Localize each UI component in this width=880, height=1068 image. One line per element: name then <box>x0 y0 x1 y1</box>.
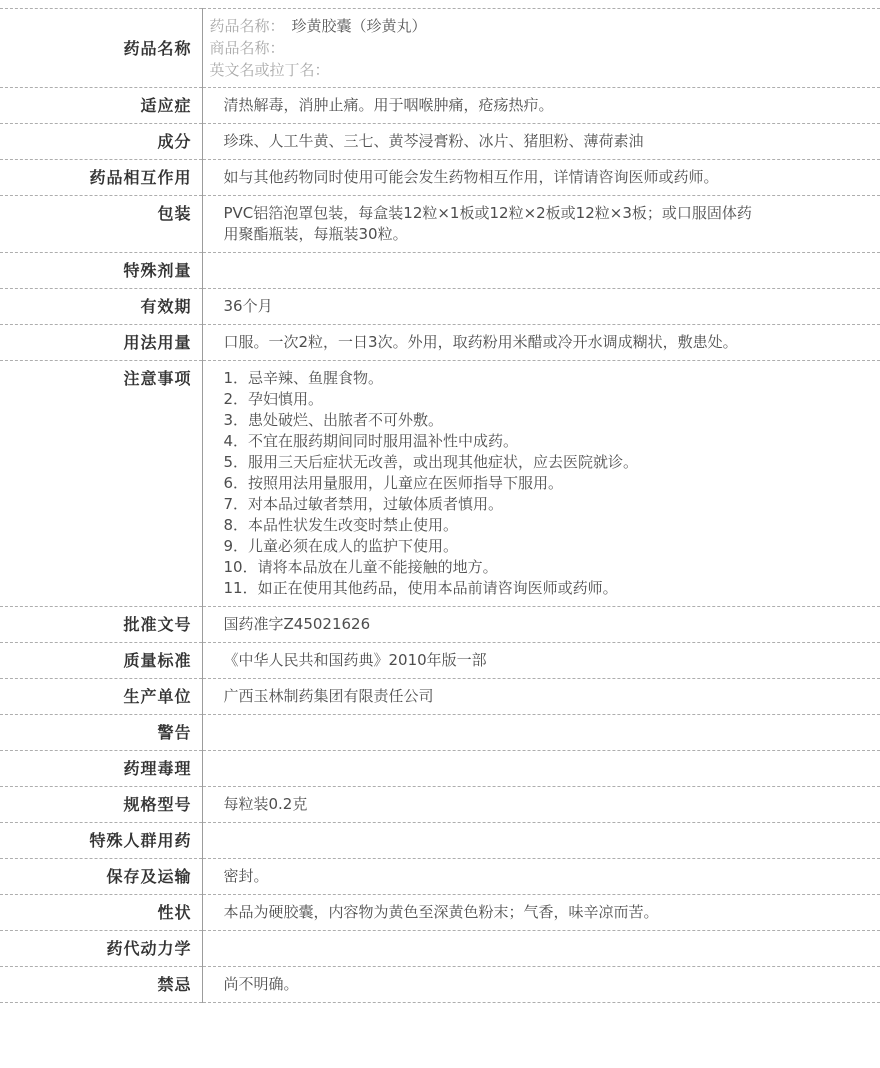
name-line-prefix: 药品名称： <box>210 17 285 35</box>
table-row: 批准文号国药准字Z45021626 <box>0 607 880 643</box>
row-value <box>202 715 880 751</box>
row-value <box>202 931 880 967</box>
table-row: 保存及运输密封。 <box>0 859 880 895</box>
row-value: 口服。一次2粒，一日3次。外用，取药粉用米醋或冷开水调成糊状，敷患处。 <box>202 325 880 361</box>
row-label: 药代动力学 <box>0 931 202 967</box>
row-value: 1．忌辛辣、鱼腥食物。2．孕妇慎用。3．患处破烂、出脓者不可外敷。4．不宜在服药… <box>202 361 880 607</box>
table-row: 规格型号每粒装0.2克 <box>0 787 880 823</box>
name-line: 英文名或拉丁名： <box>210 59 867 81</box>
row-value: 国药准字Z45021626 <box>202 607 880 643</box>
table-row: 药品相互作用如与其他药物同时使用可能会发生药物相互作用，详情请咨询医师或药师。 <box>0 160 880 196</box>
row-value <box>202 823 880 859</box>
name-line-value: 珍黄胶囊（珍黄丸） <box>292 17 427 35</box>
row-value: 每粒装0.2克 <box>202 787 880 823</box>
row-value: 本品为硬胶囊，内容物为黄色至深黄色粉末；气香，味辛凉而苦。 <box>202 895 880 931</box>
table-row: 用法用量口服。一次2粒，一日3次。外用，取药粉用米醋或冷开水调成糊状，敷患处。 <box>0 325 880 361</box>
row-value: 药品名称：珍黄胶囊（珍黄丸）商品名称：英文名或拉丁名： <box>202 9 880 88</box>
row-label: 用法用量 <box>0 325 202 361</box>
row-value: 尚不明确。 <box>202 967 880 1003</box>
drug-info-page: 药品名称药品名称：珍黄胶囊（珍黄丸）商品名称：英文名或拉丁名：适应症清热解毒，消… <box>0 8 880 1068</box>
row-value: 珍珠、人工牛黄、三七、黄芩浸膏粉、冰片、猪胆粉、薄荷素油 <box>202 124 880 160</box>
row-label: 注意事项 <box>0 361 202 607</box>
table-row: 性状本品为硬胶囊，内容物为黄色至深黄色粉末；气香，味辛凉而苦。 <box>0 895 880 931</box>
value-line: 8．本品性状发生改变时禁止使用。 <box>224 515 867 536</box>
row-label: 药品相互作用 <box>0 160 202 196</box>
table-row: 有效期36个月 <box>0 289 880 325</box>
table-row: 质量标准《中华人民共和国药典》2010年版一部 <box>0 643 880 679</box>
table-row: 警告 <box>0 715 880 751</box>
value-line: PVC铝箔泡罩包装，每盒装12粒×1板或12粒×2板或12粒×3板；或口服固体药 <box>224 203 867 224</box>
drug-info-table-body: 药品名称药品名称：珍黄胶囊（珍黄丸）商品名称：英文名或拉丁名：适应症清热解毒，消… <box>0 9 880 1003</box>
row-value: 广西玉林制药集团有限责任公司 <box>202 679 880 715</box>
row-label: 药理毒理 <box>0 751 202 787</box>
row-label: 规格型号 <box>0 787 202 823</box>
name-line-prefix: 英文名或拉丁名： <box>210 61 330 79</box>
table-row: 特殊剂量 <box>0 253 880 289</box>
table-row: 禁忌尚不明确。 <box>0 967 880 1003</box>
row-label: 保存及运输 <box>0 859 202 895</box>
row-label: 生产单位 <box>0 679 202 715</box>
value-line: 1．忌辛辣、鱼腥食物。 <box>224 368 867 389</box>
row-label: 特殊剂量 <box>0 253 202 289</box>
table-row: 适应症清热解毒，消肿止痛。用于咽喉肿痛，疮疡热疖。 <box>0 88 880 124</box>
row-label: 特殊人群用药 <box>0 823 202 859</box>
table-row: 注意事项1．忌辛辣、鱼腥食物。2．孕妇慎用。3．患处破烂、出脓者不可外敷。4．不… <box>0 361 880 607</box>
row-value: 清热解毒，消肿止痛。用于咽喉肿痛，疮疡热疖。 <box>202 88 880 124</box>
row-value: 36个月 <box>202 289 880 325</box>
row-value <box>202 751 880 787</box>
value-line: 4．不宜在服药期间同时服用温补性中成药。 <box>224 431 867 452</box>
row-label: 包装 <box>0 196 202 253</box>
row-label: 适应症 <box>0 88 202 124</box>
value-line: 7．对本品过敏者禁用，过敏体质者慎用。 <box>224 494 867 515</box>
name-line-prefix: 商品名称： <box>210 39 285 57</box>
value-line: 9．儿童必须在成人的监护下使用。 <box>224 536 867 557</box>
table-row: 特殊人群用药 <box>0 823 880 859</box>
row-value: PVC铝箔泡罩包装，每盒装12粒×1板或12粒×2板或12粒×3板；或口服固体药… <box>202 196 880 253</box>
row-value: 如与其他药物同时使用可能会发生药物相互作用，详情请咨询医师或药师。 <box>202 160 880 196</box>
row-value: 密封。 <box>202 859 880 895</box>
row-label: 警告 <box>0 715 202 751</box>
row-label: 成分 <box>0 124 202 160</box>
value-line: 2．孕妇慎用。 <box>224 389 867 410</box>
name-line: 药品名称：珍黄胶囊（珍黄丸） <box>210 15 867 37</box>
table-row: 包装PVC铝箔泡罩包装，每盒装12粒×1板或12粒×2板或12粒×3板；或口服固… <box>0 196 880 253</box>
name-line: 商品名称： <box>210 37 867 59</box>
table-row: 药品名称药品名称：珍黄胶囊（珍黄丸）商品名称：英文名或拉丁名： <box>0 9 880 88</box>
row-label: 批准文号 <box>0 607 202 643</box>
table-row: 药代动力学 <box>0 931 880 967</box>
drug-info-table: 药品名称药品名称：珍黄胶囊（珍黄丸）商品名称：英文名或拉丁名：适应症清热解毒，消… <box>0 8 880 1003</box>
table-row: 药理毒理 <box>0 751 880 787</box>
value-line: 10．请将本品放在儿童不能接触的地方。 <box>224 557 867 578</box>
row-label: 质量标准 <box>0 643 202 679</box>
row-label: 药品名称 <box>0 9 202 88</box>
row-label: 禁忌 <box>0 967 202 1003</box>
value-line: 5．服用三天后症状无改善，或出现其他症状，应去医院就诊。 <box>224 452 867 473</box>
value-line: 6．按照用法用量服用，儿童应在医师指导下服用。 <box>224 473 867 494</box>
value-line: 11．如正在使用其他药品，使用本品前请咨询医师或药师。 <box>224 578 867 599</box>
row-value: 《中华人民共和国药典》2010年版一部 <box>202 643 880 679</box>
row-value <box>202 253 880 289</box>
value-line: 用聚酯瓶装，每瓶装30粒。 <box>224 224 867 245</box>
value-line: 3．患处破烂、出脓者不可外敷。 <box>224 410 867 431</box>
row-label: 有效期 <box>0 289 202 325</box>
table-row: 生产单位广西玉林制药集团有限责任公司 <box>0 679 880 715</box>
row-label: 性状 <box>0 895 202 931</box>
table-row: 成分珍珠、人工牛黄、三七、黄芩浸膏粉、冰片、猪胆粉、薄荷素油 <box>0 124 880 160</box>
